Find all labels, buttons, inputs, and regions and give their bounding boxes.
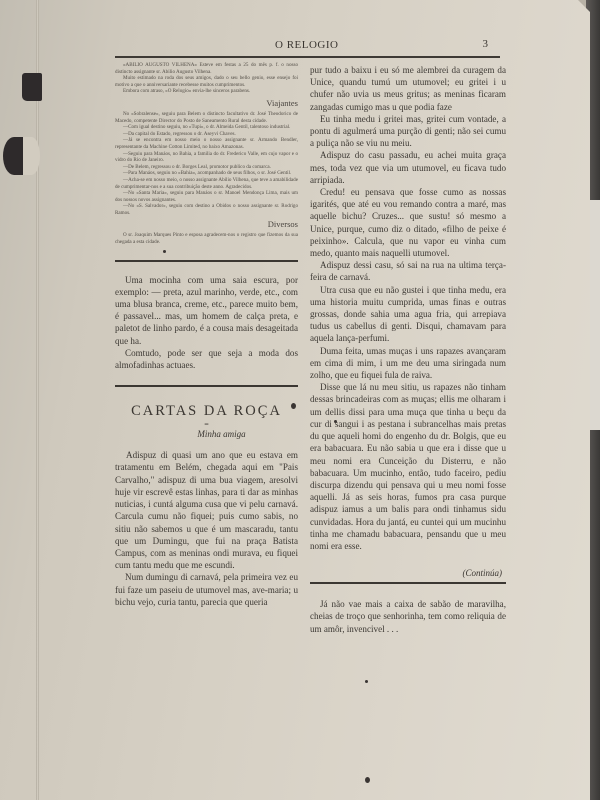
cartas-continuation: pur tudo a baixu i eu só me alembrei da … xyxy=(310,64,506,552)
binding-hole xyxy=(22,73,42,101)
body-paragraph: Utra cusa que eu não gustei i que tinha … xyxy=(310,284,506,345)
viajante-item: —Da capital do Estado, regressou o dr. A… xyxy=(115,131,298,138)
notice-paragraph: Muito estimado na roda dos seus amigos, … xyxy=(115,75,298,88)
section-divider xyxy=(310,582,506,584)
newspaper-page: O RELOGIO 3 «ABILIO AUGUSTO VILHENA» Est… xyxy=(0,0,590,800)
body-paragraph: Disse que lá nu meu sitiu, us rapazes nã… xyxy=(310,381,506,552)
page-fold xyxy=(36,0,39,800)
title-separator: = xyxy=(115,422,298,428)
body-paragraph: pur tudo a baixu i eu só me alembrei da … xyxy=(310,64,506,113)
fashion-note: Uma mocinha com uma saia escura, por exe… xyxy=(115,274,298,372)
viajante-item: —Com igual destino seguiu, no «Tupi», o … xyxy=(115,124,298,131)
article-title: CARTAS DA ROÇA xyxy=(115,403,298,420)
article-salutation: Minha amiga xyxy=(145,429,298,439)
notice-paragraph: «ABILIO AUGUSTO VILHENA» Esteve em festa… xyxy=(115,62,298,75)
viajante-item: —Acha-se em nosso meio, o nosso assignan… xyxy=(115,177,298,190)
body-paragraph: Num dumingu di carnavá, pela primeira ve… xyxy=(115,571,298,608)
viajante-item: —Já se encontra em nosso meio o nosso as… xyxy=(115,137,298,150)
body-paragraph: Eu tinha medu i gritei mas, gritei cum v… xyxy=(310,113,506,150)
body-paragraph: Duma feita, umas muças i uns rapazes ava… xyxy=(310,345,506,382)
body-paragraph: Adispuz do casu passadu, eu achei muita … xyxy=(310,149,506,186)
left-column: «ABILIO AUGUSTO VILHENA» Esteve em festa… xyxy=(115,62,298,608)
notices-section: «ABILIO AUGUSTO VILHENA» Esteve em festa… xyxy=(115,62,298,95)
right-column: pur tudo a baixu i eu só me alembrei da … xyxy=(310,64,506,635)
closing-note: Já não vae mais a caixa de sabão de mara… xyxy=(310,598,506,635)
section-heading-viajantes: Viajantes xyxy=(115,98,298,108)
body-paragraph: Adispuz di quasi um ano que eu estava em… xyxy=(115,449,298,571)
binding-hole xyxy=(3,137,25,175)
section-divider xyxy=(115,260,298,262)
body-paragraph: Credu! eu pensava que fosse cumo as noss… xyxy=(310,186,506,259)
newspaper-title: O RELOGIO xyxy=(275,39,338,51)
viajantes-section: No «Sobralense», seguiu para Belem o dis… xyxy=(115,111,298,217)
body-paragraph: Adispuz dessi casu, só sai na rua na ult… xyxy=(310,259,506,283)
viajante-item: —Para Manáos, seguiu no «Bahia», acompan… xyxy=(115,170,298,177)
section-heading-diversos: Diversos xyxy=(115,219,298,229)
diversos-item: O sr. Joaquim Marques Pinto e esposa agr… xyxy=(115,232,298,245)
viajante-item: No «Sobralense», seguiu para Belem o dis… xyxy=(115,111,298,124)
ink-spot xyxy=(365,777,370,783)
viajante-item: —No «S. Salvador», seguiu com destino a … xyxy=(115,203,298,216)
ink-spot xyxy=(365,680,368,683)
diversos-section: O sr. Joaquim Marques Pinto e esposa agr… xyxy=(115,232,298,245)
body-paragraph: Comtudo, pode ser que seja a moda dos al… xyxy=(115,347,298,371)
section-divider xyxy=(115,385,298,387)
page-number: 3 xyxy=(483,38,489,50)
running-head: O RELOGIO 3 xyxy=(115,38,500,58)
viajante-item: —No «Santa Maria», seguiu para Manáos o … xyxy=(115,190,298,203)
viajante-item: —Seguiu para Manáos, no Bahia, a familia… xyxy=(115,151,298,164)
body-paragraph: Uma mocinha com uma saia escura, por exe… xyxy=(115,274,298,347)
cartas-body: Adispuz di quasi um ano que eu estava em… xyxy=(115,449,298,608)
binding-hole-edge xyxy=(23,137,40,175)
body-paragraph: Já não vae mais a caixa de sabão de mara… xyxy=(310,598,506,635)
notice-paragraph: Embora com atraso, «O Relogio» envia-lhe… xyxy=(115,88,298,95)
continued-note: (Continúa) xyxy=(310,568,502,578)
